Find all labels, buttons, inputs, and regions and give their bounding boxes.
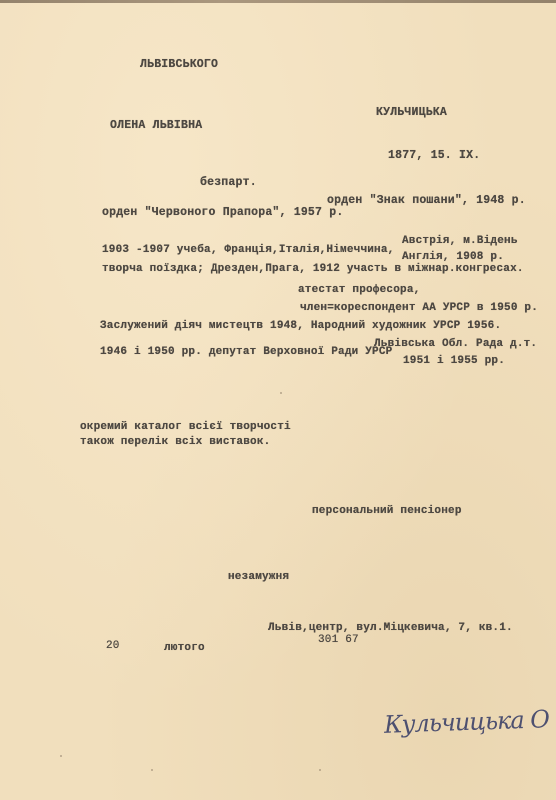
creative-trip: творча поїздка; Дрезден,Прага, 1912 учас… bbox=[102, 263, 524, 275]
study-years: 1903 -1907 учеба, Франція,Італія,Німеччи… bbox=[102, 244, 394, 256]
patronymic-origin: ЛЬВІВСЬКОГО bbox=[140, 58, 218, 71]
birth-date: 1877, 15. IX. bbox=[388, 149, 480, 162]
honorary-titles: Заслужений діяч мистецтв 1948, Народний … bbox=[100, 320, 501, 332]
document-page: ЛЬВІВСЬКОГО КУЛЬЧИЦЬКА ОЛЕНА ЛЬВІВНА 187… bbox=[0, 0, 556, 800]
paper-speck bbox=[319, 769, 321, 771]
award-chervonogo-prapora: орден "Червоного Прапора", 1957 р. bbox=[102, 206, 343, 219]
study-england: Англія, 1908 р. bbox=[402, 251, 504, 263]
paper-speck bbox=[151, 769, 153, 771]
address: Львів,центр, вул.Міцкевича, 7, кв.1. bbox=[268, 622, 513, 634]
catalog-note-line-1: окремий каталог всієї творчості bbox=[80, 421, 291, 433]
study-austria: Австрія, м.Відень bbox=[402, 235, 518, 247]
name-patronymic: ОЛЕНА ЛЬВІВНА bbox=[110, 119, 202, 132]
surname: КУЛЬЧИЦЬКА bbox=[376, 106, 447, 119]
date-day: 20 bbox=[106, 640, 120, 652]
academy-membership: член=кореспондент АА УРСР в 1950 р. bbox=[300, 302, 538, 314]
party-status: безпарт. bbox=[200, 176, 257, 189]
paper-speck bbox=[60, 755, 62, 757]
deputy-years: 1951 і 1955 рр. bbox=[403, 355, 505, 367]
deputy-supreme-soviet: 1946 і 1950 рр. депутат Верховної Ради У… bbox=[100, 346, 392, 358]
award-znak-poshany: орден "Знак пошани", 1948 р. bbox=[327, 194, 526, 207]
date-month: лютого bbox=[164, 642, 205, 654]
pension-status: персональний пенсіонер bbox=[312, 505, 462, 517]
deputy-regional: Львівська Обл. Рада д.т. bbox=[374, 338, 537, 350]
degree: атестат професора, bbox=[298, 284, 420, 296]
phone-number: 301 67 bbox=[318, 634, 359, 646]
marital-status: незамужня bbox=[228, 571, 289, 583]
catalog-note-line-2: також перелік всіх виставок. bbox=[80, 436, 270, 448]
paper-top-edge bbox=[0, 0, 556, 3]
handwritten-signature: Кульчицька О bbox=[384, 705, 550, 739]
paper-speck bbox=[280, 392, 282, 394]
